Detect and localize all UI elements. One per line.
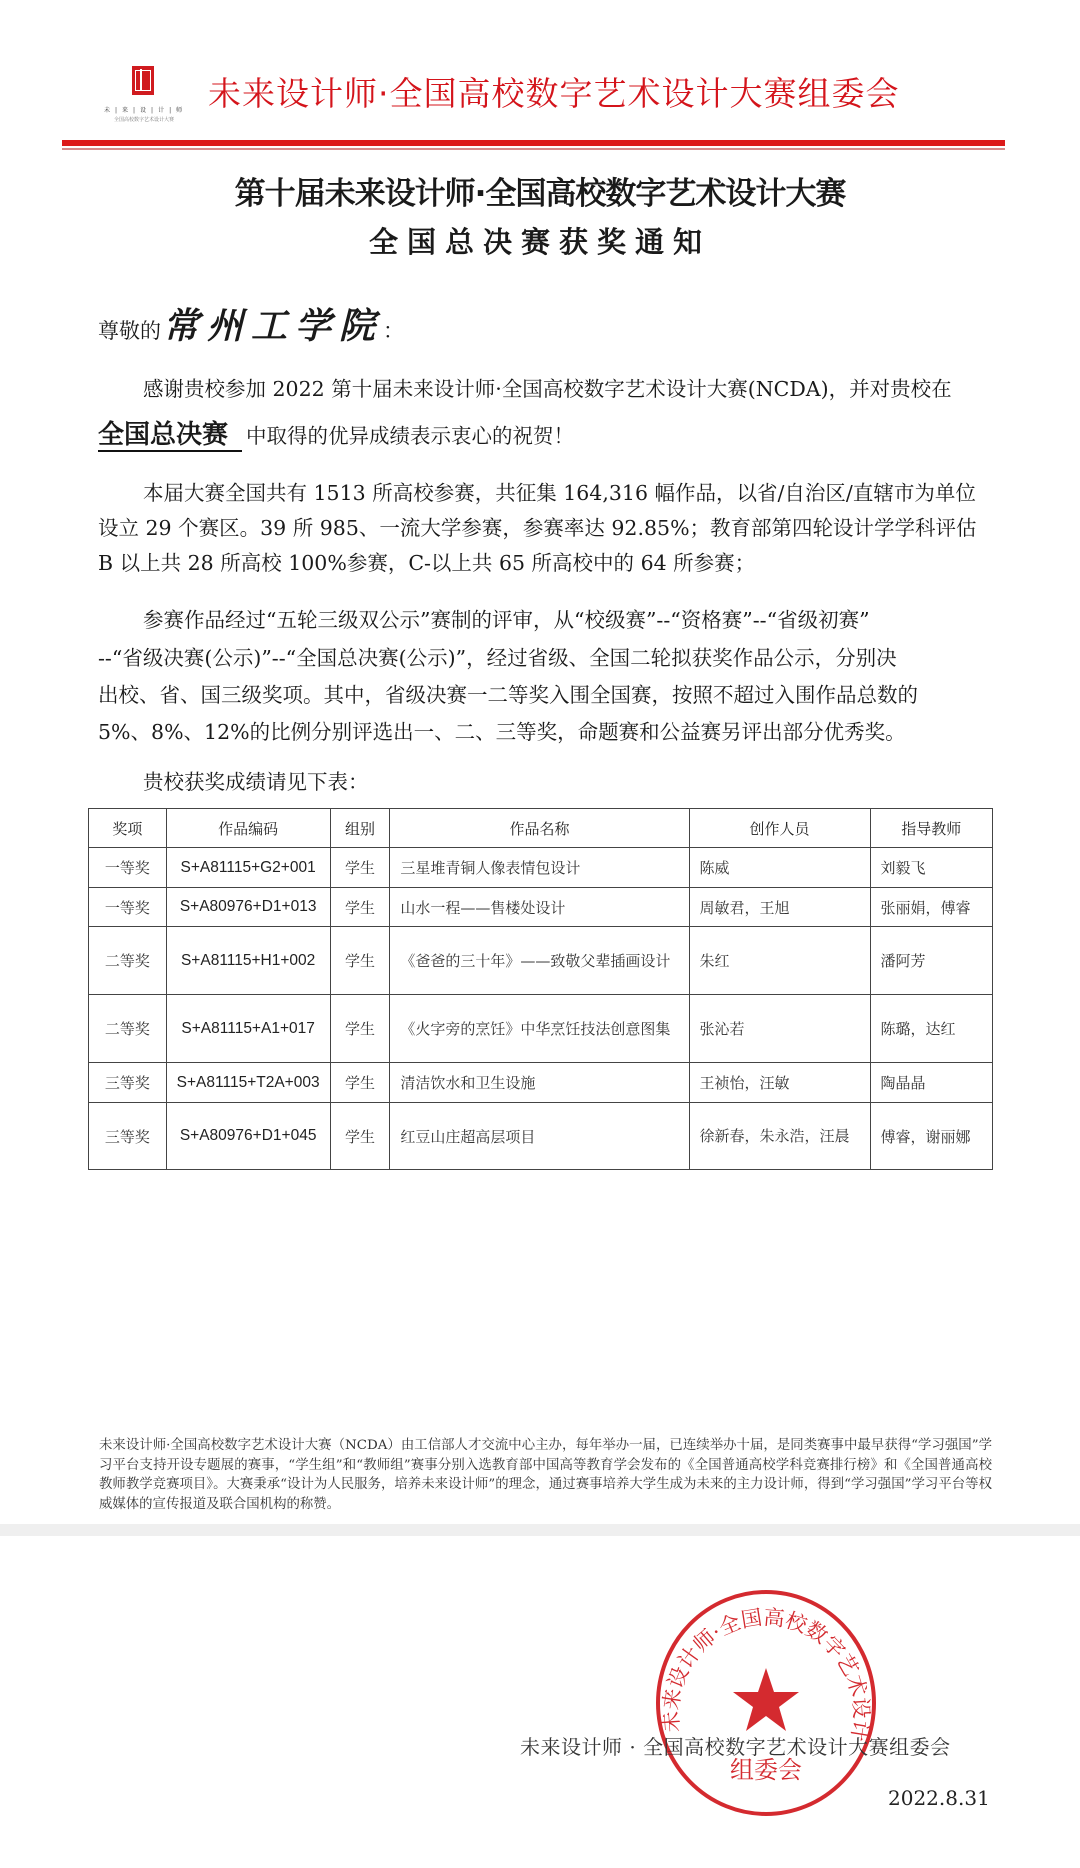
letterhead-divider-thin [62, 148, 1005, 150]
greeting-prefix: 尊敬的 [98, 319, 161, 343]
ncda-logo-icon [132, 66, 154, 95]
para1-line2-rest: 中取得的优异成绩表示衷心的祝贺！ [246, 424, 574, 448]
svg-text:组委会: 组委会 [730, 1756, 802, 1784]
cell-code: S+A81115+T2A+003 [166, 1063, 330, 1103]
cell-group: 学生 [330, 995, 390, 1063]
table-row: 二等奖 S+A81115+H1+002 学生 《爸爸的三十年》——致敬父辈插画设… [89, 927, 993, 995]
cell-award: 二等奖 [89, 995, 167, 1063]
cell-advisors: 张丽娟，傅睿 [870, 888, 992, 927]
para3-line: --“省级决赛(公示)”--“全国总决赛(公示)”，经过省级、全国二轮拟获奖作品… [98, 641, 897, 671]
cell-creators: 周敏君，王旭 [689, 888, 870, 927]
cell-creators: 陈威 [689, 848, 870, 888]
cell-creators: 张沁若 [689, 995, 870, 1063]
letterhead-title: 未来设计师·全国高校数字艺术设计大赛组委会 [208, 68, 900, 115]
cell-code: S+A80976+D1+045 [166, 1103, 330, 1170]
cell-award: 二等奖 [89, 927, 167, 995]
table-intro: 贵校获奖成绩请见下表： [143, 765, 369, 795]
cell-advisors: 潘阿芳 [870, 927, 992, 995]
notice-title: 第十届未来设计师·全国高校数字艺术设计大赛 [0, 168, 1080, 213]
cell-advisors: 陶晶晶 [870, 1063, 992, 1103]
signature-date: 2022.8.31 [888, 1786, 990, 1810]
signature-org: 未来设计师 · 全国高校数字艺术设计大赛组委会 [520, 1731, 951, 1760]
para3-line: 5%、8%、12%的比例分别评选出一、二、三等奖，命题赛和公益赛另评出部分优秀奖… [98, 715, 906, 745]
cell-title: 《火字旁的烹饪》中华烹饪技法创意图集 [390, 995, 689, 1063]
svg-text:未来设计师·全国高校数字艺术设计大赛: 未来设计师·全国高校数字艺术设计大赛 [653, 1588, 873, 1743]
cell-title: 山水一程——售楼处设计 [390, 888, 689, 927]
header-group: 组别 [330, 809, 390, 848]
cell-advisors: 傅睿，谢丽娜 [870, 1103, 992, 1170]
table-header-row: 奖项 作品编码 组别 作品名称 创作人员 指导教师 [89, 809, 993, 848]
highlight-final: 全国总决赛 [98, 420, 242, 452]
para1-line1: 感谢贵校参加 2022 第十届未来设计师·全国高校数字艺术设计大赛(NCDA)，… [143, 372, 952, 402]
greeting-suffix: ： [383, 319, 404, 343]
cell-creators: 朱红 [689, 927, 870, 995]
page-separator [0, 1524, 1080, 1536]
cell-award: 三等奖 [89, 1063, 167, 1103]
para1-line2: 全国总决赛中取得的优异成绩表示衷心的祝贺！ [98, 414, 574, 451]
greeting: 尊敬的常州工学院： [98, 298, 404, 349]
cell-award: 一等奖 [89, 848, 167, 888]
cell-group: 学生 [330, 1103, 390, 1170]
header-code: 作品编码 [166, 809, 330, 848]
table-row: 一等奖 S+A81115+G2+001 学生 三星堆青铜人像表情包设计 陈威 刘… [89, 848, 993, 888]
para3-line: 出校、省、国三级奖项。其中，省级决赛一二等奖入围全国赛，按照不超过入围作品总数的 [98, 678, 918, 708]
cell-title: 清洁饮水和卫生设施 [390, 1063, 689, 1103]
cell-code: S+A81115+A1+017 [166, 995, 330, 1063]
cell-group: 学生 [330, 848, 390, 888]
school-name: 常州工学院 [163, 305, 383, 347]
cell-title: 红豆山庄超高层项目 [390, 1103, 689, 1170]
awards-table: 奖项 作品编码 组别 作品名称 创作人员 指导教师 一等奖 S+A81115+G… [88, 808, 993, 1170]
cell-code: S+A81115+H1+002 [166, 927, 330, 995]
header-advisors: 指导教师 [870, 809, 992, 848]
para2-line: B 以上共 28 所高校 100%参赛，C-以上共 65 所高校中的 64 所参… [98, 546, 755, 576]
official-seal-icon: 未来设计师·全国高校数字艺术设计大赛 组委会 [653, 1588, 879, 1818]
footer-description: 未来设计师·全国高校数字艺术设计大赛（NCDA）由工信部人才交流中心主办，每年举… [99, 1436, 992, 1514]
notice-subtitle: 全国总决赛获奖通知 [0, 220, 1080, 261]
cell-group: 学生 [330, 888, 390, 927]
table-row: 三等奖 S+A81115+T2A+003 学生 清洁饮水和卫生设施 王祯怡，汪敏… [89, 1063, 993, 1103]
cell-code: S+A81115+G2+001 [166, 848, 330, 888]
table-row: 一等奖 S+A80976+D1+013 学生 山水一程——售楼处设计 周敏君，王… [89, 888, 993, 927]
cell-code: S+A80976+D1+013 [166, 888, 330, 927]
cell-advisors: 刘毅飞 [870, 848, 992, 888]
header-award: 奖项 [89, 809, 167, 848]
para2-line: 设立 29 个赛区。39 所 985、一流大学参赛，参赛率达 92.85%；教育… [98, 511, 977, 541]
cell-creators: 王祯怡，汪敏 [689, 1063, 870, 1103]
letterhead-divider [62, 140, 1005, 146]
cell-title: 《爸爸的三十年》——致敬父辈插画设计 [390, 927, 689, 995]
para3-line: 参赛作品经过“五轮三级双公示”赛制的评审，从“校级赛”--“资格赛”--“省级初… [143, 603, 870, 633]
table-row: 二等奖 S+A81115+A1+017 学生 《火字旁的烹饪》中华烹饪技法创意图… [89, 995, 993, 1063]
cell-award: 三等奖 [89, 1103, 167, 1170]
table-row: 三等奖 S+A80976+D1+045 学生 红豆山庄超高层项目 徐新春，朱永浩… [89, 1103, 993, 1170]
cell-creators: 徐新春，朱永浩，汪晨 [689, 1103, 870, 1170]
cell-group: 学生 [330, 1063, 390, 1103]
logo-subtitle: 未|来|设|计|师 [104, 105, 184, 114]
header-creators: 创作人员 [689, 809, 870, 848]
cell-title: 三星堆青铜人像表情包设计 [390, 848, 689, 888]
para2-line: 本届大赛全国共有 1513 所高校参赛，共征集 164,316 幅作品，以省/自… [143, 476, 976, 506]
logo-caption: 全国高校数字艺术设计大赛 [104, 116, 184, 123]
cell-award: 一等奖 [89, 888, 167, 927]
cell-advisors: 陈璐，达红 [870, 995, 992, 1063]
header-title: 作品名称 [390, 809, 689, 848]
cell-group: 学生 [330, 927, 390, 995]
